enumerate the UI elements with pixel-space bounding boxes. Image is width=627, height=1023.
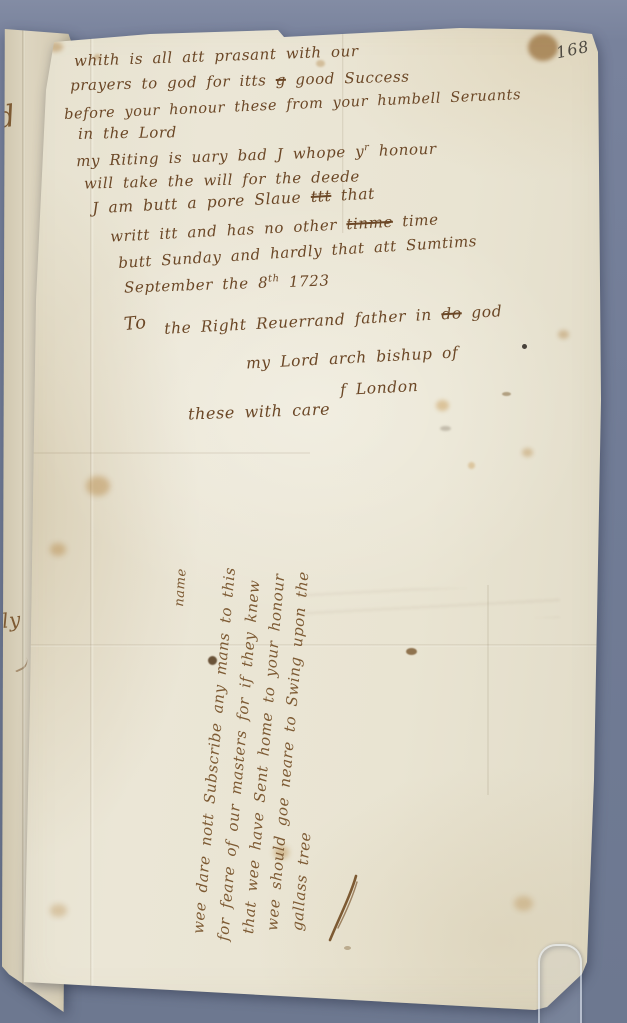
address-line-3: f London: [340, 376, 419, 400]
foxing-stain: [514, 896, 533, 911]
address-line-2: my Lord arch bishup of: [246, 342, 459, 373]
postscript-insertion: name: [170, 546, 194, 607]
document-strap: [538, 944, 582, 1023]
foxing-stain: [558, 330, 569, 339]
foxing-stain: [522, 448, 533, 457]
address-line-4: these with care: [188, 400, 331, 425]
address-to: To: [123, 313, 148, 335]
foxing-stain: [50, 543, 66, 556]
address-line-1: the Right Reuerrand father in do god: [164, 301, 503, 339]
vertical-crease-lower: [487, 585, 489, 795]
horizontal-crease-faint: [30, 452, 310, 454]
smudge: [344, 946, 351, 950]
ink-speck: [406, 648, 417, 655]
foxing-stain: [528, 34, 558, 61]
foxing-stain: [436, 400, 449, 411]
foxing-stain: [50, 904, 67, 917]
smudge: [502, 392, 511, 396]
ink-show-through: [300, 588, 560, 618]
letter-line-10: September the 8th 1723: [124, 267, 330, 297]
foxing-stain: [86, 476, 110, 496]
smudge: [440, 426, 451, 431]
foxing-stain: [48, 42, 63, 52]
photograph-of-manuscript: d ly: [0, 0, 627, 1023]
manuscript-page: 168 whith is all att prasant with ourpra…: [0, 0, 627, 1023]
foxing-stain: [468, 462, 475, 469]
letter-line-4: in the Lord: [78, 122, 177, 144]
letter-line-1: whith is all att prasant with our: [74, 41, 359, 71]
postscript-line-5: gallass tree: [287, 834, 315, 931]
pen-flourish: [326, 872, 362, 944]
horizontal-fold-crease: [24, 644, 598, 647]
page-number: 168: [554, 37, 591, 63]
ink-speck: [522, 344, 527, 349]
